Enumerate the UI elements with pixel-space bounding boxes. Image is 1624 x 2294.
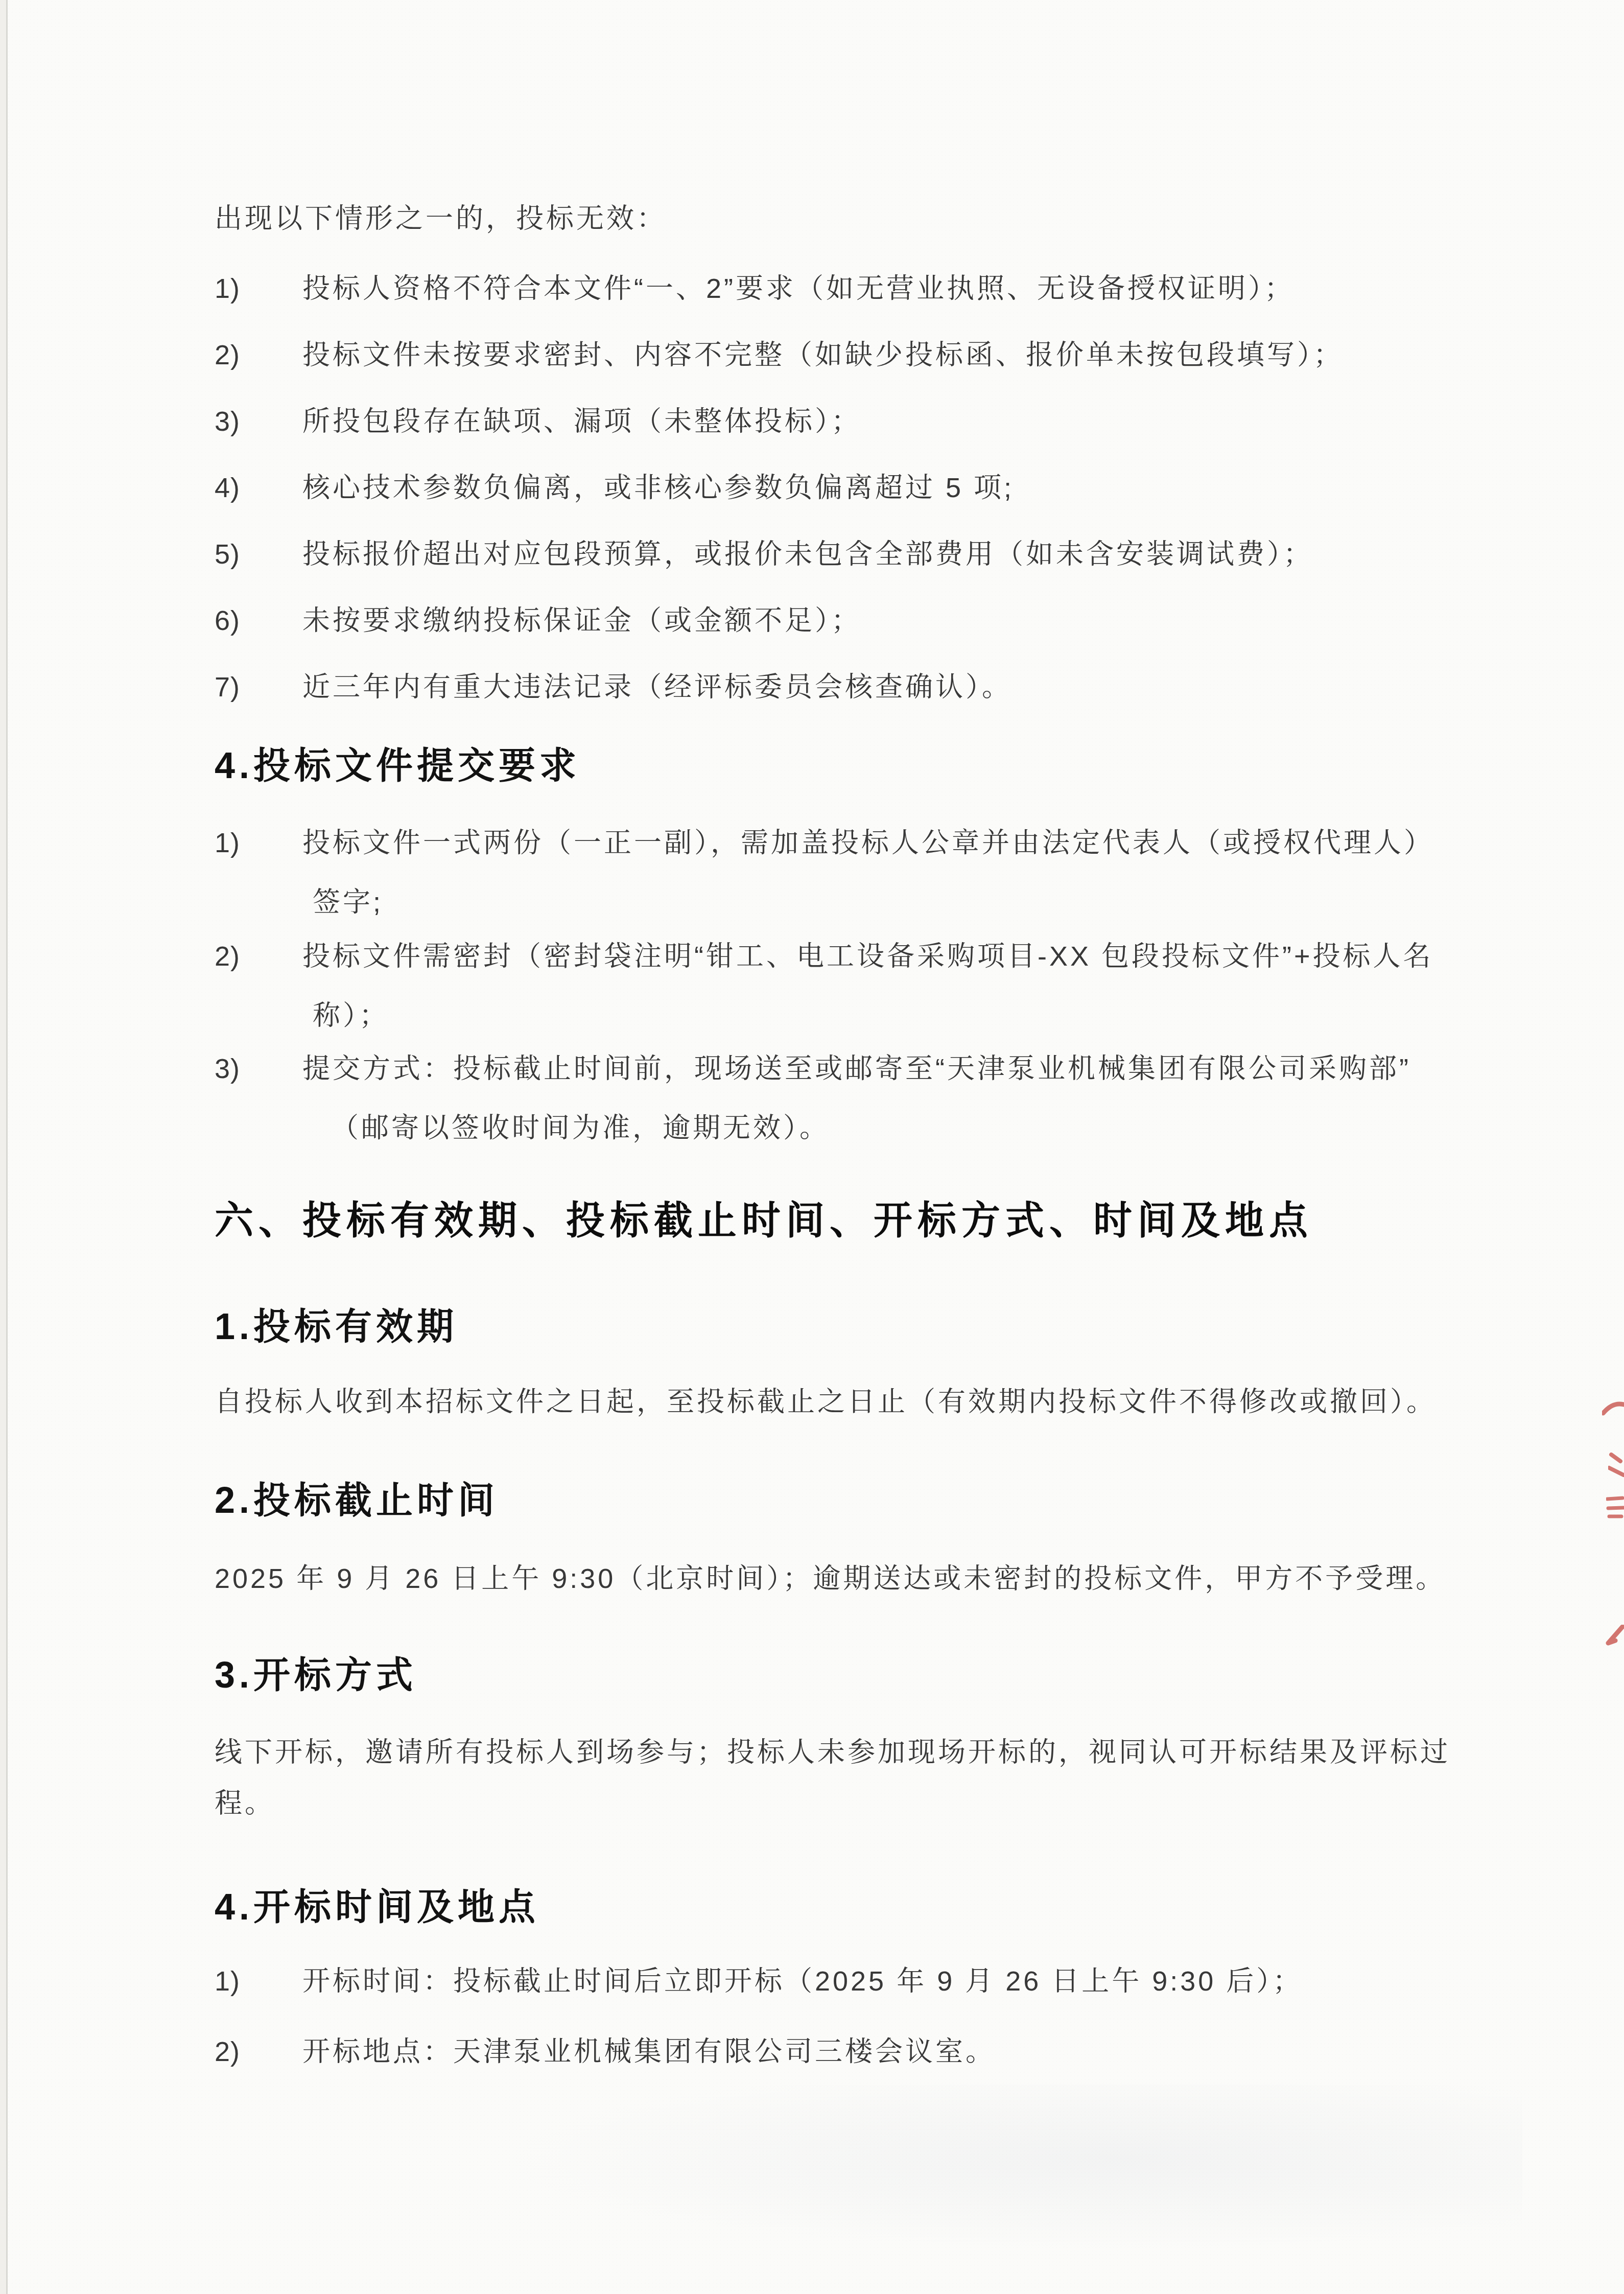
scanned-document-page: 出现以下情形之一的，投标无效： 1) 投标人资格不符合本文件“一、2”要求（如无… [0,0,1624,2294]
paragraph-bid-validity: 自投标人收到本招标文件之日起，至投标截止之日止（有效期内投标文件不得修改或撤回）… [215,1386,1437,1419]
list-item-number: 4) [215,472,240,505]
scan-artifact-wash [511,2085,1522,2248]
list-item-text: 投标报价超出对应包段预算，或报价未包含全部费用（如未含安装调试费）； [302,538,1313,571]
red-pen-mark [1608,1453,1624,1477]
page-left-edge-shadow [6,0,8,2294]
list-item-number: 1) [215,272,240,306]
red-pen-mark [1606,1495,1624,1519]
invalid-bid-intro-paragraph: 出现以下情形之一的，投标无效： [215,202,667,236]
list-item-number: 1) [215,827,240,860]
list-item-number: 3) [215,1052,240,1086]
page-left-margin-strip [0,0,6,2294]
red-pen-mark [1602,1398,1624,1419]
list-item-number: 2) [215,2035,240,2069]
list-item-text: 所投包段存在缺项、漏项（未整体投标）； [302,405,861,438]
heading-section-six: 六、投标有效期、投标截止时间、开标方式、时间及地点 [215,1199,1313,1243]
list-item-number: 3) [215,405,240,438]
paragraph-opening-method-line: 线下开标，邀请所有投标人到场参与；投标人未参加现场开标的，视同认可开标结果及评标… [215,1736,1450,1769]
list-item-text-line: 投标文件需密封（密封袋注明“钳工、电工设备采购项目-XX 包段投标文件”+投标人… [302,940,1433,973]
list-item-text: 投标文件未按要求密封、内容不完整（如缺少投标函、报价单未按包段填写）； [302,339,1344,372]
heading-bid-validity: 1.投标有效期 [215,1306,458,1348]
paragraph-opening-method-line: 程。 [215,1787,275,1820]
list-item-text-line: 签字; [313,886,383,919]
list-item-text-line: 提交方式：投标截止时间前，现场送至或邮寄至“天津泵业机械集团有限公司采购部” [302,1052,1411,1086]
list-item-text-line: （邮寄以签收时间为准，逾期无效）。 [331,1112,830,1145]
red-pen-mark [1604,1625,1624,1648]
list-item-text: 开标地点：天津泵业机械集团有限公司三楼会议室。 [302,2035,996,2069]
list-item-text-line: 投标文件一式两份（一正一副），需加盖投标人公章并由法定代表人（或授权代理人） [302,827,1434,860]
list-item-text: 近三年内有重大违法记录（经评标委员会核查确认）。 [302,671,1012,704]
list-item-number: 5) [215,538,240,571]
paragraph-bid-deadline: 2025 年 9 月 26 日上午 9:30（北京时间）；逾期送达或未密封的投标… [215,1562,1446,1596]
list-item-text: 核心技术参数负偏离，或非核心参数负偏离超过 5 项; [302,472,1014,505]
list-item-text: 开标时间：投标截止时间后立即开标（2025 年 9 月 26 日上午 9:30 … [302,1965,1303,1998]
heading-bid-deadline: 2.投标截止时间 [215,1480,499,1522]
list-item-number: 7) [215,671,240,704]
list-item-text: 未按要求缴纳投标保证金（或金额不足）； [302,604,861,638]
list-item-text: 投标人资格不符合本文件“一、2”要求（如无营业执照、无设备授权证明）； [302,272,1295,306]
list-item-number: 6) [215,604,240,638]
list-item-text-line: 称）； [313,999,389,1033]
list-item-number: 1) [215,1965,240,1998]
heading-opening-method: 3.开标方式 [215,1654,417,1697]
heading-opening-time-place: 4.开标时间及地点 [215,1886,539,1929]
list-item-number: 2) [215,940,240,973]
heading-submission-requirements: 4.投标文件提交要求 [215,745,580,787]
list-item-number: 2) [215,339,240,372]
